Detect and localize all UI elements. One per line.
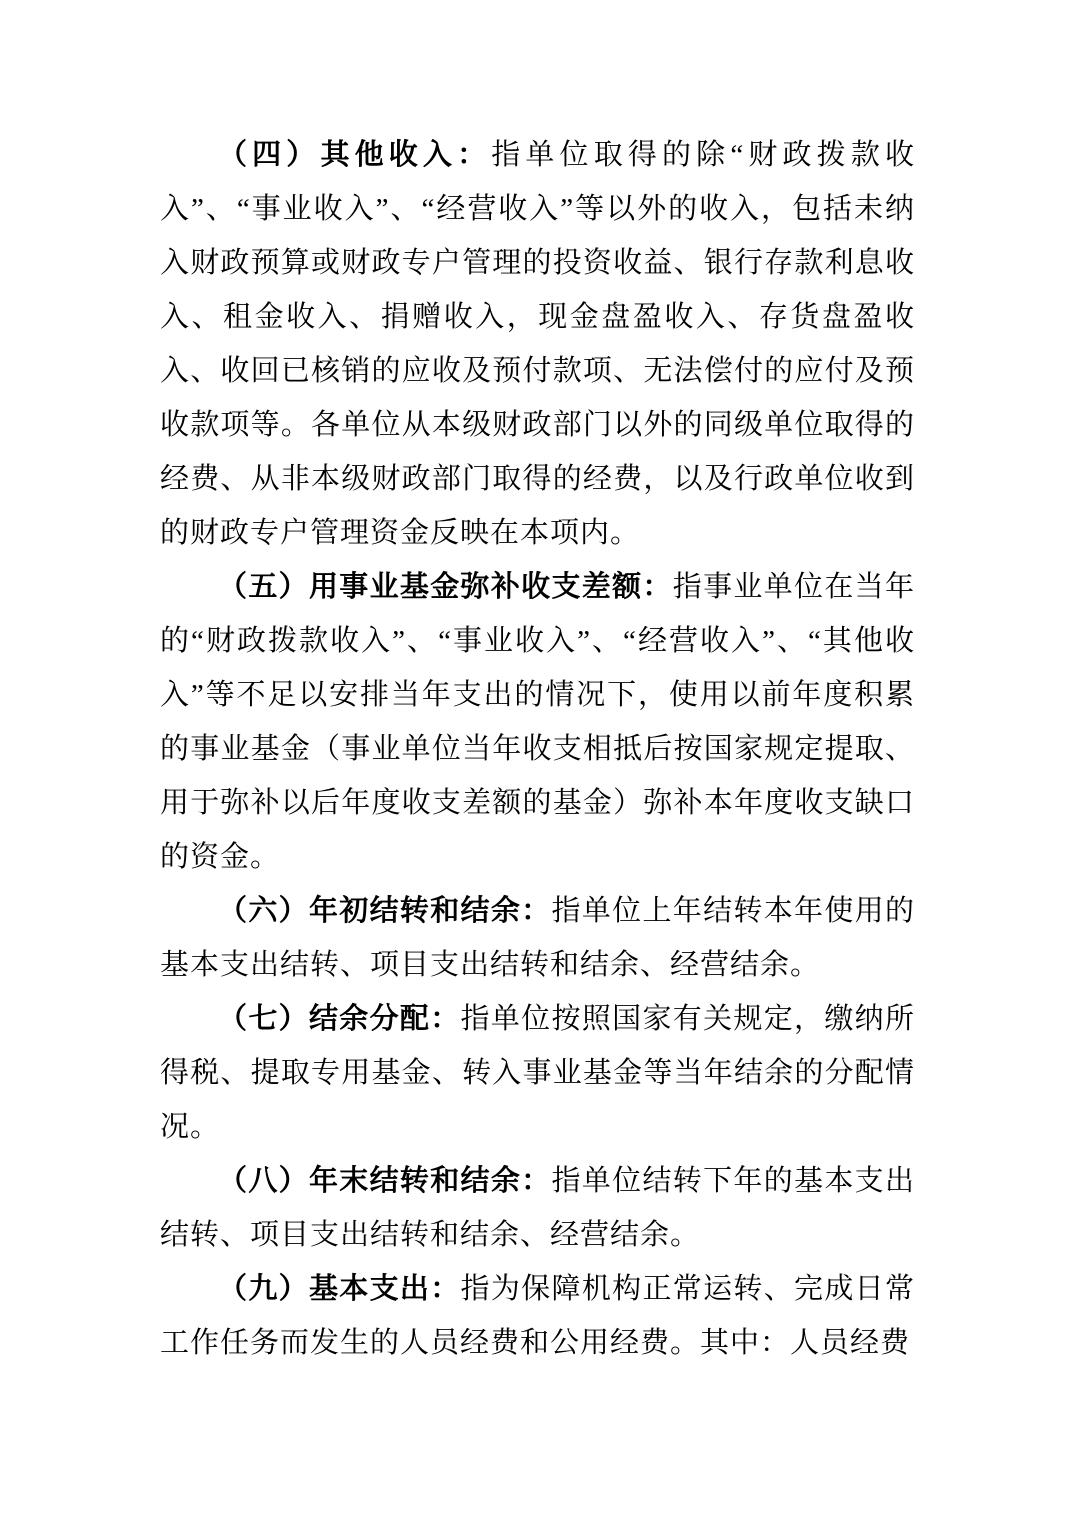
paragraph-item-9-heading: （九）基本支出：	[218, 1273, 461, 1305]
paragraph-item-4: （四）其他收入：指单位取得的除“财政拨款收入”、“事业收入”、“经营收入”等以外…	[160, 128, 915, 560]
paragraph-item-7: （七）结余分配：指单位按照国家有关规定，缴纳所得税、提取专用基金、转入事业基金等…	[160, 992, 915, 1154]
paragraph-item-5: （五）用事业基金弥补收支差额：指事业单位在当年的“财政拨款收入”、“事业收入”、…	[160, 560, 915, 884]
paragraph-item-4-heading: （四）其他收入：	[218, 139, 491, 171]
paragraph-item-5-heading: （五）用事业基金弥补收支差额：	[218, 571, 673, 603]
paragraph-item-8: （八）年末结转和结余：指单位结转下年的基本支出结转、项目支出结转和结余、经营结余…	[160, 1154, 915, 1262]
paragraph-item-8-heading: （八）年末结转和结余：	[218, 1165, 552, 1197]
paragraph-item-6-heading: （六）年初结转和结余：	[218, 895, 552, 927]
paragraph-item-7-heading: （七）结余分配：	[218, 1003, 461, 1035]
paragraph-item-9: （九）基本支出：指为保障机构正常运转、完成日常工作任务而发生的人员经费和公用经费…	[160, 1262, 915, 1370]
paragraph-item-6: （六）年初结转和结余：指单位上年结转本年使用的基本支出结转、项目支出结转和结余、…	[160, 884, 915, 992]
document-page: （四）其他收入：指单位取得的除“财政拨款收入”、“事业收入”、“经营收入”等以外…	[0, 0, 1075, 1521]
paragraph-item-5-body: 指事业单位在当年的“财政拨款收入”、“事业收入”、“经营收入”、“其他收入”等不…	[160, 571, 915, 873]
paragraph-item-4-body: 指单位取得的除“财政拨款收入”、“事业收入”、“经营收入”等以外的收入，包括未纳…	[160, 139, 915, 549]
document-body: （四）其他收入：指单位取得的除“财政拨款收入”、“事业收入”、“经营收入”等以外…	[160, 128, 915, 1370]
